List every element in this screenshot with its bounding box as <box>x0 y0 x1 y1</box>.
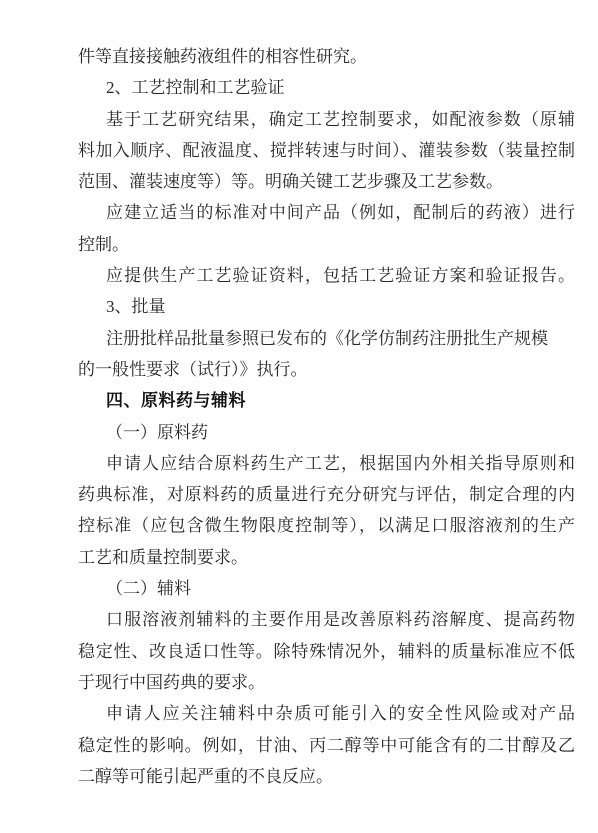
text-line: 应提供生产工艺验证资料，包括工艺验证方案和验证报告。 <box>78 260 575 291</box>
text-line: 2、工艺控制和工艺验证 <box>78 72 575 103</box>
document-page: 件等直接接触药液组件的相容性研究。2、工艺控制和工艺验证基于工艺研究结果，确定工… <box>0 0 598 833</box>
text-line: 注册批样品批量参照已发布的《化学仿制药注册批生产规模 <box>78 323 575 354</box>
text-line: 申请人应关注辅料中杂质可能引入的安全性风险或对产品 <box>78 698 575 729</box>
text-line: 的一般性要求（试行）》执行。 <box>78 354 575 385</box>
text-line: 基于工艺研究结果，确定工艺控制要求，如配液参数（原辅 <box>78 104 575 135</box>
section-heading: 四、原料药与辅料 <box>78 385 575 416</box>
text-line: 工艺和质量控制要求。 <box>78 542 575 573</box>
text-line: （一）原料药 <box>78 417 575 448</box>
text-line: 料加入顺序、配液温度、搅拌转速与时间）、灌装参数（装量控制 <box>78 135 575 166</box>
text-line: 二醇等可能引起严重的不良反应。 <box>78 761 575 792</box>
text-line: （二）辅料 <box>78 573 575 604</box>
text-line: 稳定性、改良适口性等。除特殊情况外，辅料的质量标准应不低 <box>78 636 575 667</box>
text-line: 申请人应结合原料药生产工艺，根据国内外相关指导原则和 <box>78 448 575 479</box>
text-line: 药典标准，对原料药的质量进行充分研究与评估，制定合理的内 <box>78 479 575 510</box>
document-body: 件等直接接触药液组件的相容性研究。2、工艺控制和工艺验证基于工艺研究结果，确定工… <box>78 41 575 792</box>
text-line: 控标准（应包含微生物限度控制等），以满足口服溶液剂的生产 <box>78 510 575 541</box>
text-line: 件等直接接触药液组件的相容性研究。 <box>78 41 575 72</box>
text-line: 于现行中国药典的要求。 <box>78 667 575 698</box>
text-line: 应建立适当的标准对中间产品（例如，配制后的药液）进行 <box>78 197 575 228</box>
text-line: 范围、灌装速度等）等。明确关键工艺步骤及工艺参数。 <box>78 166 575 197</box>
text-line: 稳定性的影响。例如，甘油、丙二醇等中可能含有的二甘醇及乙 <box>78 730 575 761</box>
text-line: 控制。 <box>78 229 575 260</box>
text-line: 口服溶液剂辅料的主要作用是改善原料药溶解度、提高药物 <box>78 604 575 635</box>
text-line: 3、批量 <box>78 291 575 322</box>
